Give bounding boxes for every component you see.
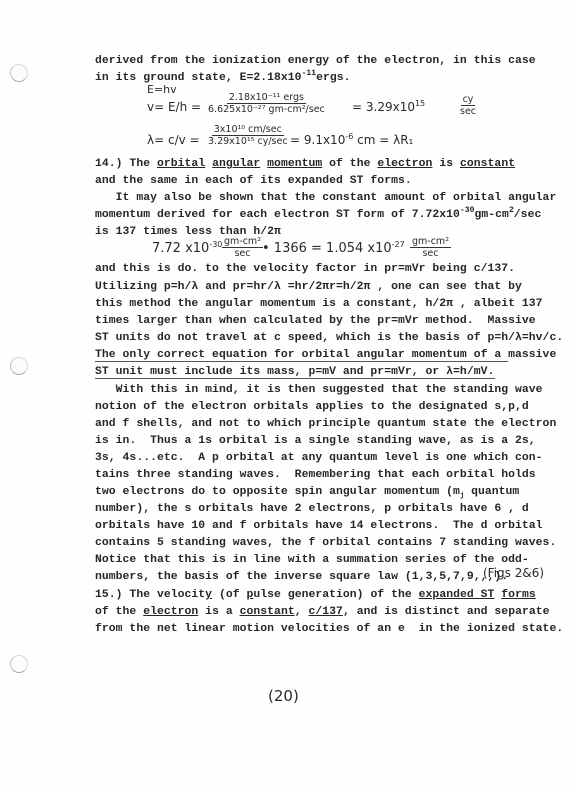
page-number: (20) <box>268 687 299 705</box>
text-line: tains three standing waves. Remembering … <box>95 468 536 482</box>
text-line: Utilizing p=h/λ and pr=hr/λ =hr/2πr=h/2π… <box>95 280 522 294</box>
text-line: and the same in each of its expanded ST … <box>95 174 412 188</box>
text-line: is in. Thus a 1s orbital is a single sta… <box>95 434 536 448</box>
text-line: 14.) The orbital angular momentum of the… <box>95 157 515 171</box>
handwritten-equation: = 9.1x10-6 cm = λR₁ <box>290 133 413 147</box>
text-line: 3s, 4s...etc. A p orbital at any quantum… <box>95 451 543 465</box>
punch-hole-mark <box>10 64 28 82</box>
text-line: ST unit must include its mass, p=mV and … <box>95 365 494 379</box>
text-line: ST units do not travel at c speed, which… <box>95 331 563 345</box>
handwritten-unit: gm-cm² sec <box>222 236 263 259</box>
handwritten-unit: cy sec <box>458 94 478 117</box>
handwritten-equation: = 3.29x1015 <box>352 100 425 114</box>
text-line: 15.) The velocity (of pulse generation) … <box>95 588 536 602</box>
handwritten-fraction: 3x10¹⁰ cm/sec 3.29x10¹⁵ cy/sec <box>206 124 290 147</box>
text-line: and f shells, and not to which principle… <box>95 417 556 431</box>
handwritten-equation: λ= c/v = <box>147 133 200 147</box>
text-line: number), the s orbitals have 2 electrons… <box>95 502 529 516</box>
scanned-document-page: derived from the ionization energy of th… <box>0 0 575 791</box>
hand-underline <box>95 361 508 362</box>
text-line: orbitals have 10 and f orbitals have 14 … <box>95 519 543 533</box>
text-line: derived from the ionization energy of th… <box>95 54 536 68</box>
handwritten-equation: • 1366 = 1.054 x10-27 <box>262 241 405 256</box>
text-line: from the net linear motion velocities of… <box>95 622 563 636</box>
text-line: numbers, the basis of the inverse square… <box>95 570 508 584</box>
hand-underline <box>95 378 495 379</box>
handwritten-unit: gm-cm² sec <box>410 236 451 259</box>
text-line: of the electron is a constant, c/137, an… <box>95 605 550 619</box>
text-line: notion of the electron orbitals applies … <box>95 400 529 414</box>
text-line: contains 5 standing waves, the f orbital… <box>95 536 556 550</box>
text-line: two electrons do to opposite spin angula… <box>95 485 519 499</box>
handwritten-equation: v= E/h = <box>147 100 201 114</box>
punch-hole-mark <box>10 357 28 375</box>
text-line: With this in mind, it is then suggested … <box>95 383 543 397</box>
text-line: The only correct equation for orbital an… <box>95 348 556 362</box>
handwritten-figure-note: (Figs 2&6) <box>483 566 544 580</box>
handwritten-fraction: 2.18x10⁻¹¹ ergs 6.625x10⁻²⁷ gm-cm²/sec <box>206 92 327 115</box>
text-line: and this is do. to the velocity factor i… <box>95 262 515 276</box>
text-line: in its ground state, E=2.18x10-11ergs. <box>95 71 351 85</box>
text-line: momentum derived for each electron ST fo… <box>95 208 541 222</box>
punch-hole-mark <box>10 655 28 673</box>
handwritten-equation: E=hv <box>147 83 177 96</box>
text-line: Notice that this is in line with a summa… <box>95 553 529 567</box>
text-line: this method the angular momentum is a co… <box>95 297 543 311</box>
handwritten-equation: 7.72 x10-30 <box>152 241 222 256</box>
text-line: It may also be shown that the constant a… <box>95 191 556 205</box>
text-line: times larger than when calculated by the… <box>95 314 536 328</box>
